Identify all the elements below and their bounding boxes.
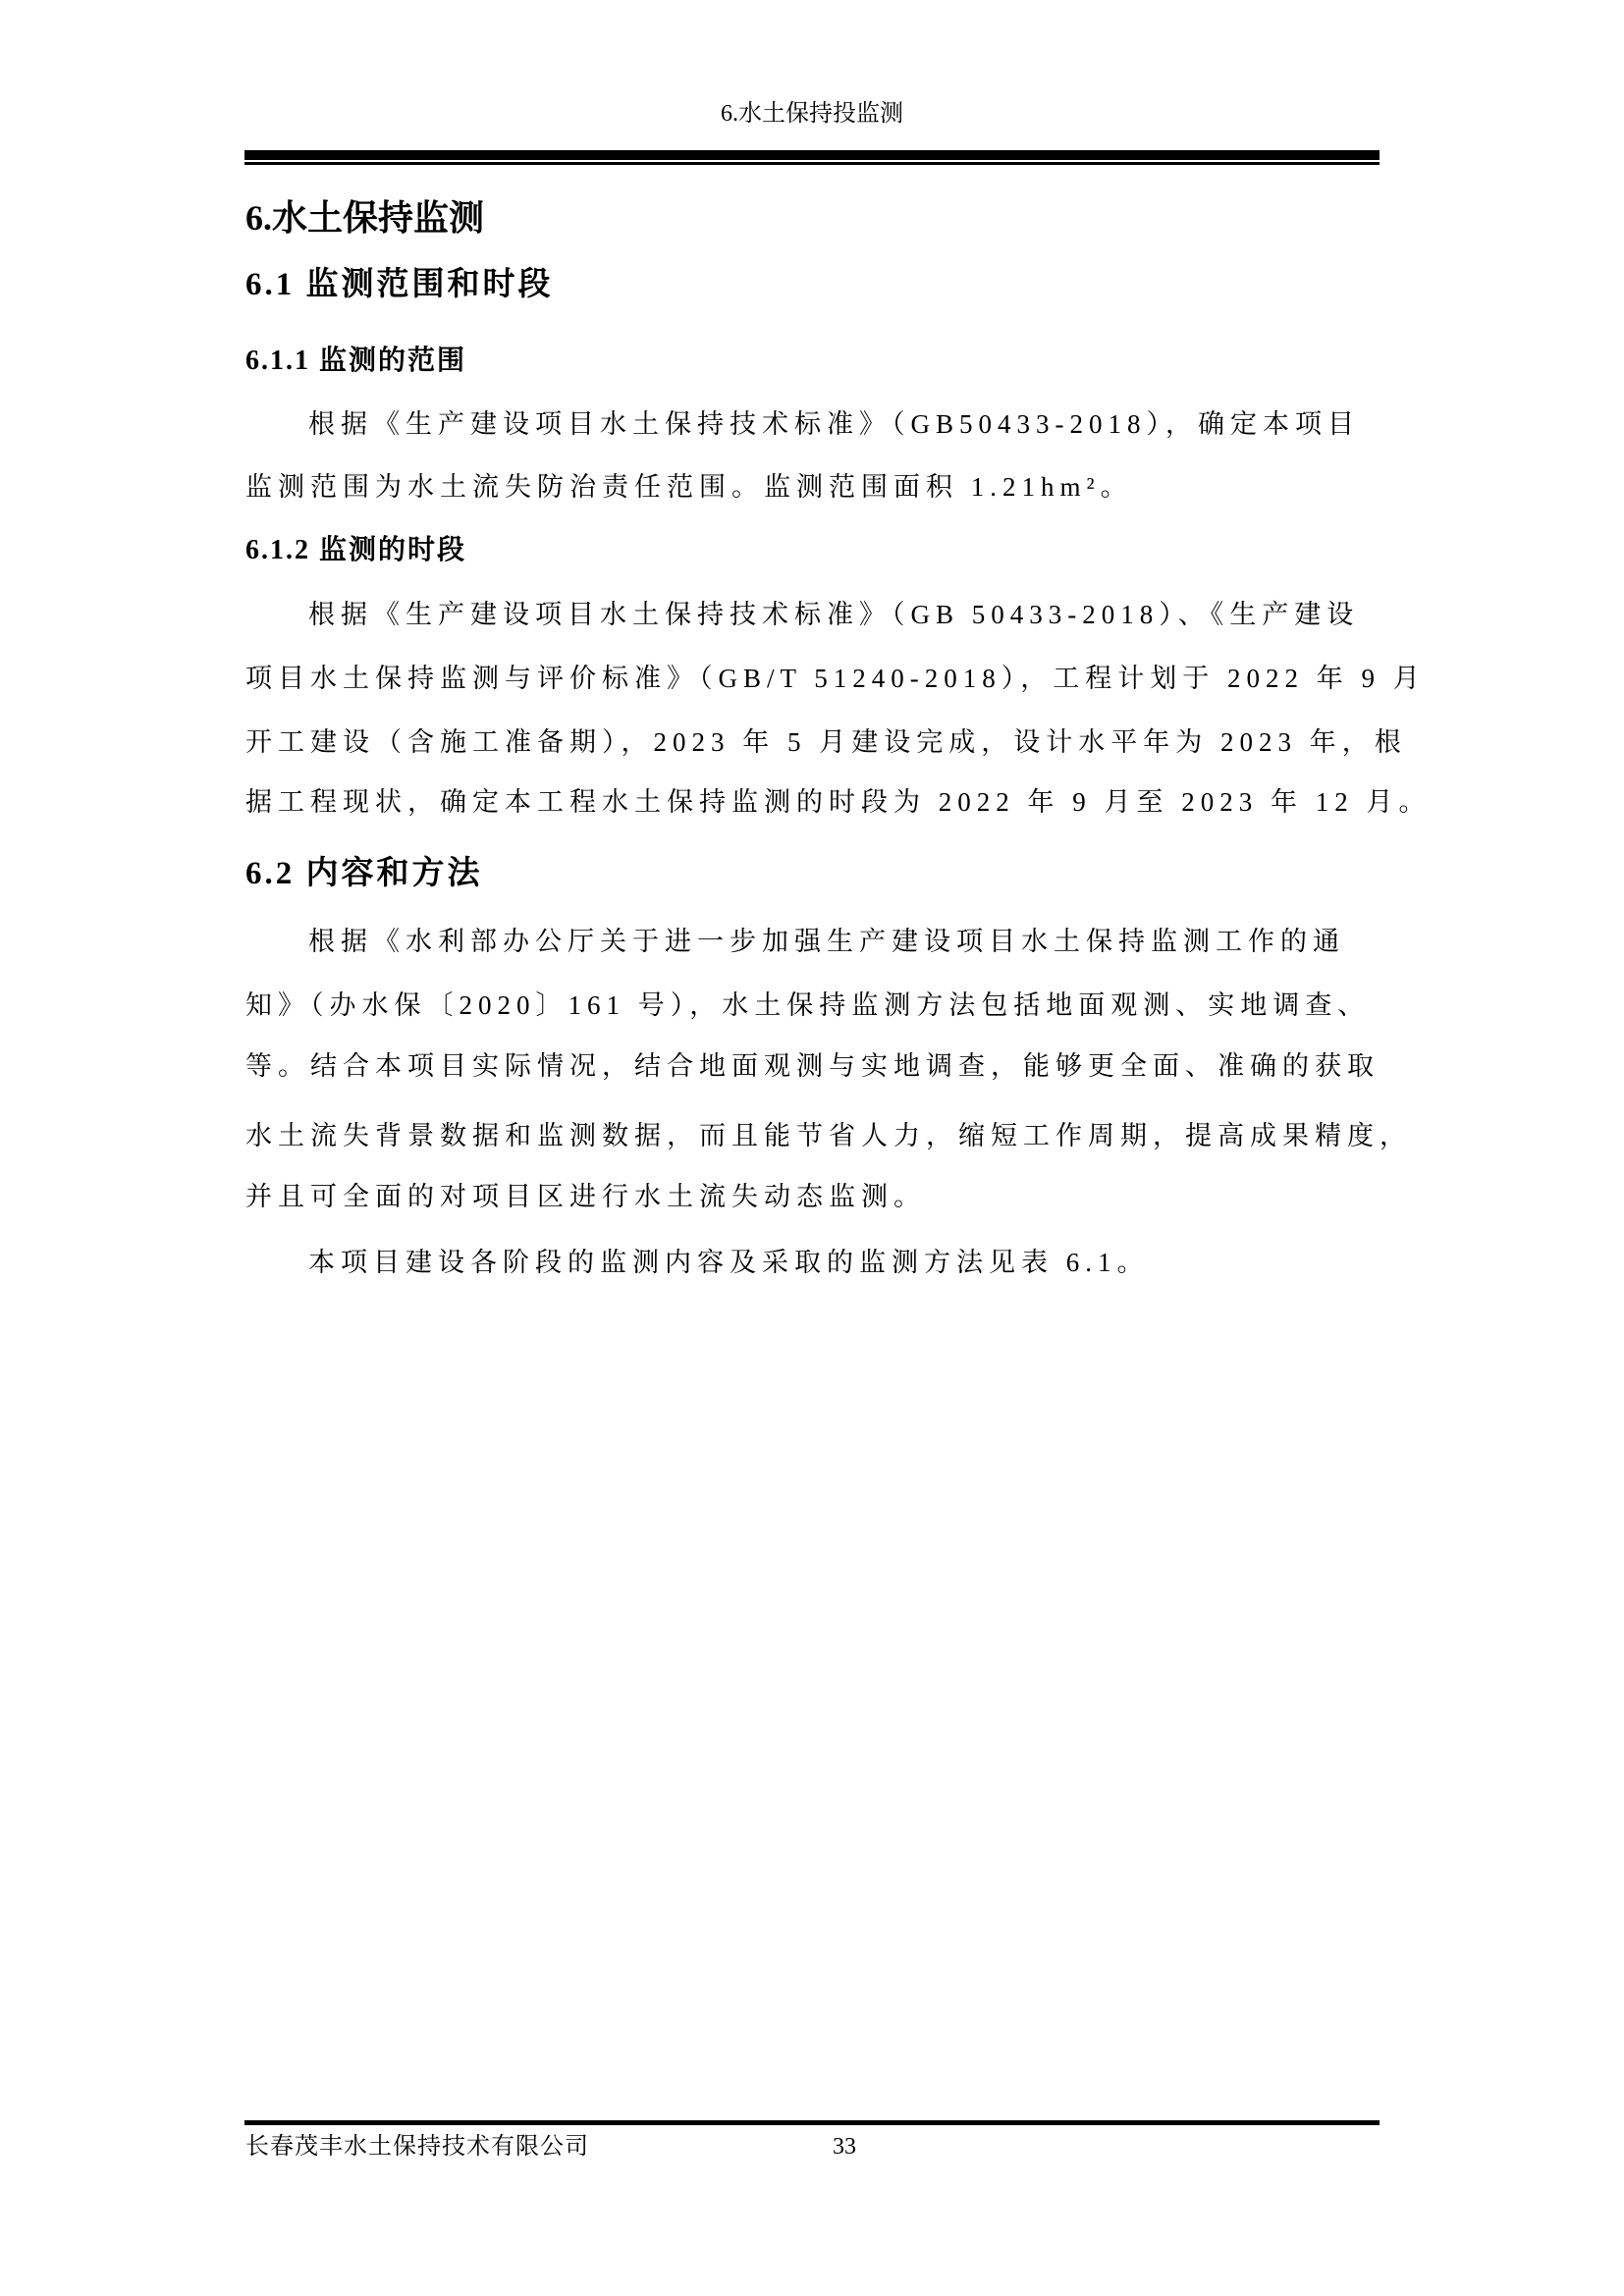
paragraph-line: 知》（办水保〔2020〕161 号），水土保持监测方法包括地面观测、实地调查、: [245, 992, 1384, 1019]
chapter-heading: 6.水土保持监测: [245, 200, 484, 236]
header-rule-thin: [244, 162, 1380, 165]
paragraph-line: 项目水土保持监测与评价标准》（GB/T 51240-2018），工程计划于 20…: [245, 666, 1384, 692]
paragraph-line: 监测范围为水土流失防治责任范围。监测范围面积 1.21hm²。: [245, 474, 1384, 501]
paragraph-line: 开工建设（含施工准备期），2023 年 5 月建设完成，设计水平年为 2023 …: [245, 729, 1384, 756]
document-page: 6.水土保持投监测 6.水土保持监测 6.1 监测范围和时段 6.1.1 监测的…: [0, 0, 1624, 2296]
paragraph-line: 等。结合本项目实际情况，结合地面观测与实地调查，能够更全面、准确的获取: [245, 1053, 1384, 1080]
subsection-heading-6-1-2: 6.1.2 监测的时段: [245, 537, 466, 564]
paragraph-line: 并且可全面的对项目区进行水土流失动态监测。: [245, 1184, 1384, 1210]
paragraph-line: 水土流失背景数据和监测数据，而且能节省人力，缩短工作周期，提高成果精度，: [245, 1123, 1384, 1149]
section-heading-6-2: 6.2 内容和方法: [245, 858, 483, 890]
paragraph-line: 本项目建设各阶段的监测内容及采取的监测方法见表 6.1。: [245, 1250, 1447, 1276]
footer-page-number: 33: [823, 2134, 866, 2160]
footer-company: 长春茂丰水土保持技术有限公司: [245, 2134, 589, 2160]
paragraph-line: 根据《水利部办公厅关于进一步加强生产建设项目水土保持监测工作的通: [245, 929, 1447, 955]
footer-rule: [244, 2120, 1380, 2125]
paragraph-line: 据工程现状，确定本工程水土保持监测的时段为 2022 年 9 月至 2023 年…: [245, 789, 1384, 816]
paragraph-line: 根据《生产建设项目水土保持技术标准》（GB 50433-2018）、《生产建设: [245, 602, 1447, 628]
section-heading-6-1: 6.1 监测范围和时段: [245, 269, 554, 301]
page-header-title: 6.水土保持投监测: [0, 101, 1624, 127]
paragraph-line: 根据《生产建设项目水土保持技术标准》（GB50433-2018），确定本项目: [245, 411, 1447, 438]
subsection-heading-6-1-1: 6.1.1 监测的范围: [245, 347, 466, 375]
header-rule-thick: [244, 150, 1380, 160]
